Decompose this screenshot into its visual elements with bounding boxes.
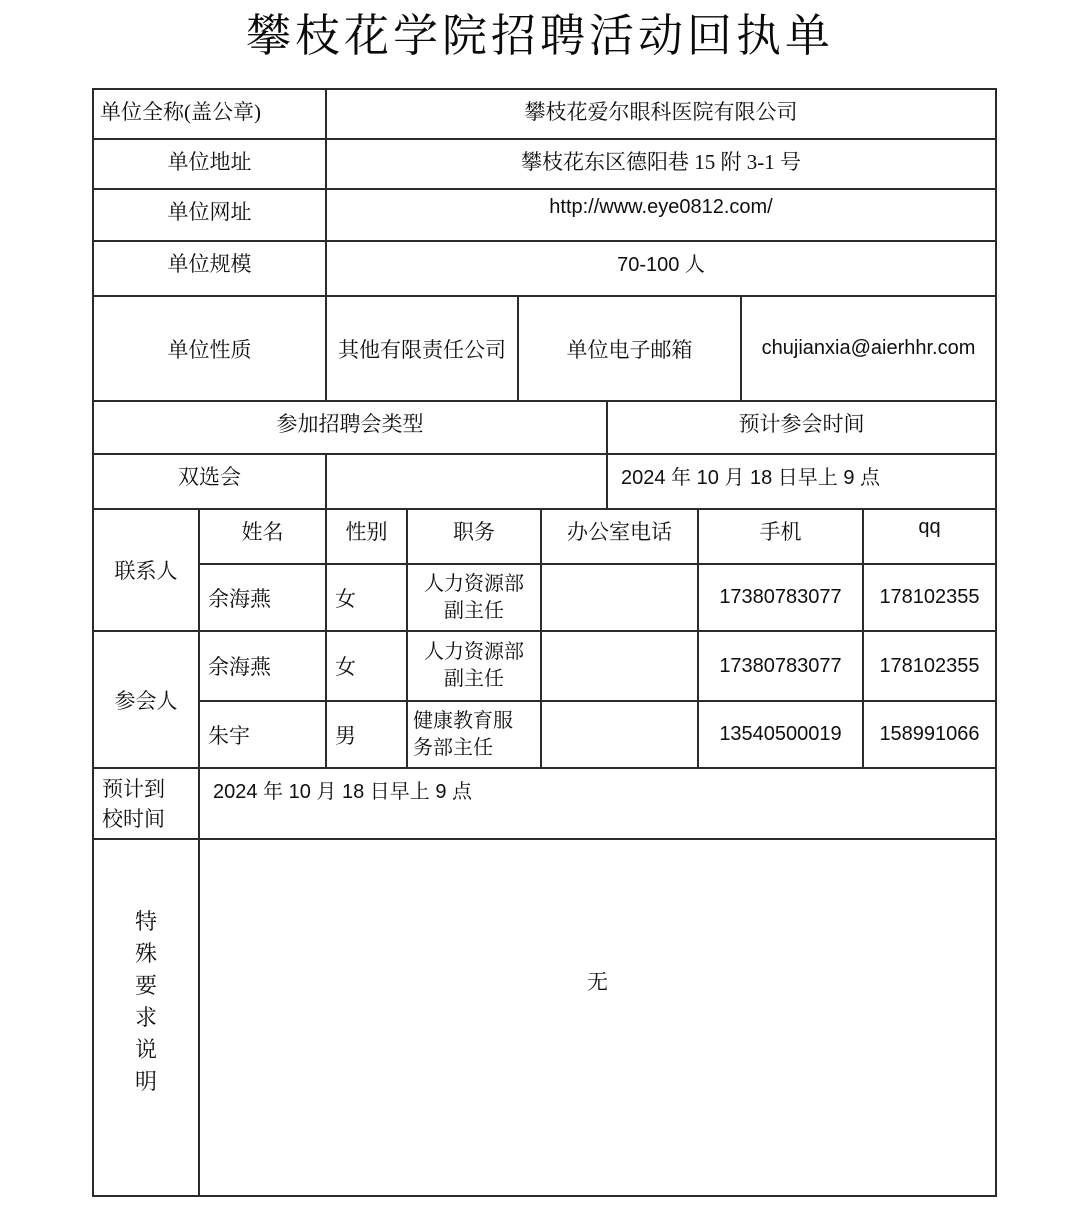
contact-row: 余海燕 女 人力资源部副主任 17380783077 178102355: [93, 564, 996, 631]
attendee1-position-text: 人力资源部副主任: [420, 639, 528, 693]
special-notes-label: 特殊要求说明: [93, 839, 199, 1196]
position-header: 职务: [407, 509, 541, 564]
mobile-header: 手机: [698, 509, 863, 564]
scale-label: 单位规模: [93, 241, 326, 296]
attendee2-position[interactable]: 健康教育服务部主任: [407, 701, 541, 768]
arrival-time-label-text: 预计到校时间: [102, 774, 172, 834]
contact-row-label: 联系人: [93, 509, 199, 631]
company-name-value[interactable]: 攀枝花爱尔眼科医院有限公司: [326, 89, 996, 139]
address-label: 单位地址: [93, 139, 326, 189]
website-label: 单位网址: [93, 189, 326, 241]
contact-position-text: 人力资源部副主任: [420, 571, 528, 625]
attendee-row: 朱宇 男 健康教育服务部主任 13540500019 158991066: [93, 701, 996, 768]
contact-name[interactable]: 余海燕: [199, 564, 326, 631]
special-notes-value[interactable]: 无: [199, 839, 996, 1196]
website-value[interactable]: http://www.eye0812.com/: [326, 189, 996, 241]
contact-gender[interactable]: 女: [326, 564, 407, 631]
document-page: { "title": "攀枝花学院招聘活动回执单", "fields": { "…: [0, 0, 1080, 1220]
attendee1-office-phone[interactable]: [541, 631, 698, 701]
row-address: 单位地址 攀枝花东区德阳巷 15 附 3-1 号: [93, 139, 996, 189]
fair-type-empty-cell[interactable]: [326, 454, 607, 509]
attendee2-office-phone[interactable]: [541, 701, 698, 768]
row-company-name: 单位全称(盖公章) 攀枝花爱尔眼科医院有限公司: [93, 89, 996, 139]
attendee2-gender[interactable]: 男: [326, 701, 407, 768]
name-header: 姓名: [199, 509, 326, 564]
email-label: 单位电子邮箱: [518, 296, 741, 401]
row-website: 单位网址 http://www.eye0812.com/: [93, 189, 996, 241]
contact-position[interactable]: 人力资源部副主任: [407, 564, 541, 631]
attendee2-mobile[interactable]: 13540500019: [698, 701, 863, 768]
attendee1-gender[interactable]: 女: [326, 631, 407, 701]
qq-header: qq: [863, 509, 996, 564]
attendee1-qq[interactable]: 178102355: [863, 631, 996, 701]
row-scale: 单位规模 70-100 人: [93, 241, 996, 296]
meeting-time-value[interactable]: 2024 年 10 月 18 日早上 9 点: [607, 454, 996, 509]
row-nature-email: 单位性质 其他有限责任公司 单位电子邮箱 chujianxia@aierhhr.…: [93, 296, 996, 401]
attendee2-qq[interactable]: 158991066: [863, 701, 996, 768]
fair-type-header: 参加招聘会类型: [93, 401, 607, 454]
attendee1-name[interactable]: 余海燕: [199, 631, 326, 701]
special-notes-label-text: 特殊要求说明: [133, 906, 159, 1098]
office-phone-header: 办公室电话: [541, 509, 698, 564]
company-name-label: 单位全称(盖公章): [93, 89, 326, 139]
attendee-row: 参会人 余海燕 女 人力资源部副主任 17380783077 178102355: [93, 631, 996, 701]
row-special-notes: 特殊要求说明 无: [93, 839, 996, 1196]
row-fair-headers: 参加招聘会类型 预计参会时间: [93, 401, 996, 454]
row-arrival-time: 预计到校时间 2024 年 10 月 18 日早上 9 点: [93, 768, 996, 839]
nature-value[interactable]: 其他有限责任公司: [326, 296, 518, 401]
attendee2-position-text: 健康教育服务部主任: [413, 708, 521, 762]
row-people-header: 联系人 姓名 性别 职务 办公室电话 手机 qq: [93, 509, 996, 564]
recruitment-reply-form: 单位全称(盖公章) 攀枝花爱尔眼科医院有限公司 单位地址 攀枝花东区德阳巷 15…: [92, 88, 997, 1197]
scale-value[interactable]: 70-100 人: [326, 241, 996, 296]
attendee2-name[interactable]: 朱宇: [199, 701, 326, 768]
gender-header: 性别: [326, 509, 407, 564]
arrival-time-value[interactable]: 2024 年 10 月 18 日早上 9 点: [199, 768, 996, 839]
arrival-time-label: 预计到校时间: [93, 768, 199, 839]
attendee-row-label: 参会人: [93, 631, 199, 768]
contact-office-phone[interactable]: [541, 564, 698, 631]
contact-qq[interactable]: 178102355: [863, 564, 996, 631]
attendee1-mobile[interactable]: 17380783077: [698, 631, 863, 701]
meeting-time-header: 预计参会时间: [607, 401, 996, 454]
page-title: 攀枝花学院招聘活动回执单: [0, 8, 1080, 64]
fair-type-value[interactable]: 双选会: [93, 454, 326, 509]
contact-mobile[interactable]: 17380783077: [698, 564, 863, 631]
row-fair-values: 双选会 2024 年 10 月 18 日早上 9 点: [93, 454, 996, 509]
address-value[interactable]: 攀枝花东区德阳巷 15 附 3-1 号: [326, 139, 996, 189]
email-value[interactable]: chujianxia@aierhhr.com: [741, 296, 996, 401]
nature-label: 单位性质: [93, 296, 326, 401]
attendee1-position[interactable]: 人力资源部副主任: [407, 631, 541, 701]
